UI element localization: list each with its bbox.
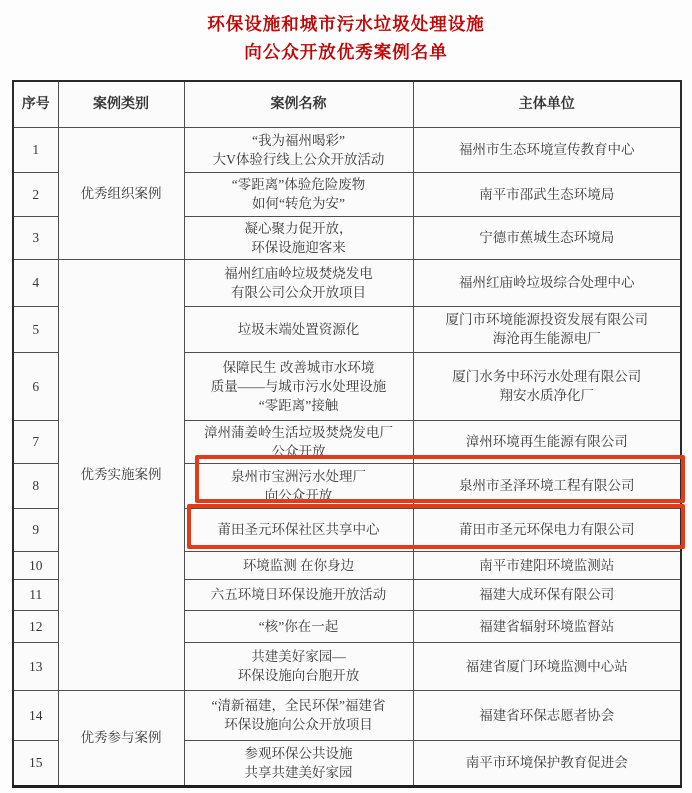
cell-unit: 厦门市环境能源投资发展有限公司 海沧再生能源电厂 xyxy=(413,306,681,352)
cell-name: 参观环保公共设施 共享共建美好家园 xyxy=(184,740,413,786)
cell-name: 福州红庙岭垃圾焚烧发电 有限公司公众开放项目 xyxy=(184,259,413,306)
cell-no: 8 xyxy=(13,463,58,508)
cell-no: 14 xyxy=(13,690,58,740)
cell-category-organization: 优秀组织案例 xyxy=(58,127,184,259)
cell-no: 11 xyxy=(13,579,58,610)
cell-unit: 福州市生态环境宣传教育中心 xyxy=(413,127,681,172)
cell-unit: 厦门水务中环污水处理有限公司 翔安水质净化厂 xyxy=(413,352,681,420)
cell-name: 泉州市宝洲污水处理厂 向公众开放 xyxy=(184,463,413,508)
cell-no: 2 xyxy=(13,172,58,216)
col-header-unit: 主体单位 xyxy=(413,81,681,127)
cell-no: 5 xyxy=(13,306,58,352)
document-title-line2: 向公众开放优秀案例名单 xyxy=(0,38,692,66)
table-row: 1 优秀组织案例 “我为福州喝彩” 大V体验行线上公众开放活动 福州市生态环境宣… xyxy=(13,127,681,172)
cell-name: 莆田圣元环保社区共享中心 xyxy=(184,508,413,551)
cell-unit: 福建省辐射环境监督站 xyxy=(413,610,681,642)
cell-unit: 南平市环境保护教育促进会 xyxy=(413,740,681,786)
col-header-no: 序号 xyxy=(13,81,58,127)
cell-name: “清新福建，全民环保”福建省 环保设施向公众开放项目 xyxy=(184,690,413,740)
cell-name: 漳州蒲姜岭生活垃圾焚烧发电厂 公众开放 xyxy=(184,420,413,463)
cell-no: 6 xyxy=(13,352,58,420)
cell-unit: 南平市邵武生态环境局 xyxy=(413,172,681,216)
cell-name: 环境监测 在你身边 xyxy=(184,551,413,579)
cell-unit: 泉州市圣泽环境工程有限公司 xyxy=(413,463,681,508)
cell-no: 4 xyxy=(13,259,58,306)
cell-no: 9 xyxy=(13,508,58,551)
document-page: 环保设施和城市污水垃圾处理设施 向公众开放优秀案例名单 序号 案例类别 案例名称… xyxy=(0,0,692,793)
cell-unit: 南平市建阳环境监测站 xyxy=(413,551,681,579)
cell-unit: 宁德市蕉城生态环境局 xyxy=(413,216,681,259)
cell-no: 10 xyxy=(13,551,58,579)
cell-name: “核”你在一起 xyxy=(184,610,413,642)
col-header-name: 案例名称 xyxy=(184,81,413,127)
cell-category-implementation: 优秀实施案例 xyxy=(58,259,184,690)
cell-name: 六五环境日环保设施开放活动 xyxy=(184,579,413,610)
cell-unit: 福建省厦门环境监测中心站 xyxy=(413,642,681,690)
table-row: 4 优秀实施案例 福州红庙岭垃圾焚烧发电 有限公司公众开放项目 福州红庙岭垃圾综… xyxy=(13,259,681,306)
cell-name: “我为福州喝彩” 大V体验行线上公众开放活动 xyxy=(184,127,413,172)
cell-no: 1 xyxy=(13,127,58,172)
cell-unit: 福建大成环保有限公司 xyxy=(413,579,681,610)
cell-no: 12 xyxy=(13,610,58,642)
document-title: 环保设施和城市污水垃圾处理设施 向公众开放优秀案例名单 xyxy=(0,10,692,66)
cell-no: 3 xyxy=(13,216,58,259)
cell-category-participation: 优秀参与案例 xyxy=(58,690,184,786)
col-header-category: 案例类别 xyxy=(58,81,184,127)
cell-name: “零距离”体验危险废物 如何“转危为安” xyxy=(184,172,413,216)
cell-unit: 福建省环保志愿者协会 xyxy=(413,690,681,740)
cases-table: 序号 案例类别 案例名称 主体单位 1 优秀组织案例 “我为福州喝彩” 大V体验… xyxy=(12,80,682,788)
cell-name: 共建美好家园— 环保设施向台胞开放 xyxy=(184,642,413,690)
cell-name: 凝心聚力促开放， 环保设施迎客来 xyxy=(184,216,413,259)
cell-name: 垃圾末端处置资源化 xyxy=(184,306,413,352)
cell-no: 15 xyxy=(13,740,58,786)
table-row: 14 优秀参与案例 “清新福建，全民环保”福建省 环保设施向公众开放项目 福建省… xyxy=(13,690,681,740)
cell-name: 保障民生 改善城市水环境 质量——与城市污水处理设施 “零距离”接触 xyxy=(184,352,413,420)
cell-unit: 莆田市圣元环保电力有限公司 xyxy=(413,508,681,551)
cell-unit: 漳州环境再生能源有限公司 xyxy=(413,420,681,463)
cell-unit: 福州红庙岭垃圾综合处理中心 xyxy=(413,259,681,306)
cell-no: 13 xyxy=(13,642,58,690)
table-header-row: 序号 案例类别 案例名称 主体单位 xyxy=(13,81,681,127)
document-title-line1: 环保设施和城市污水垃圾处理设施 xyxy=(0,10,692,38)
cell-no: 7 xyxy=(13,420,58,463)
